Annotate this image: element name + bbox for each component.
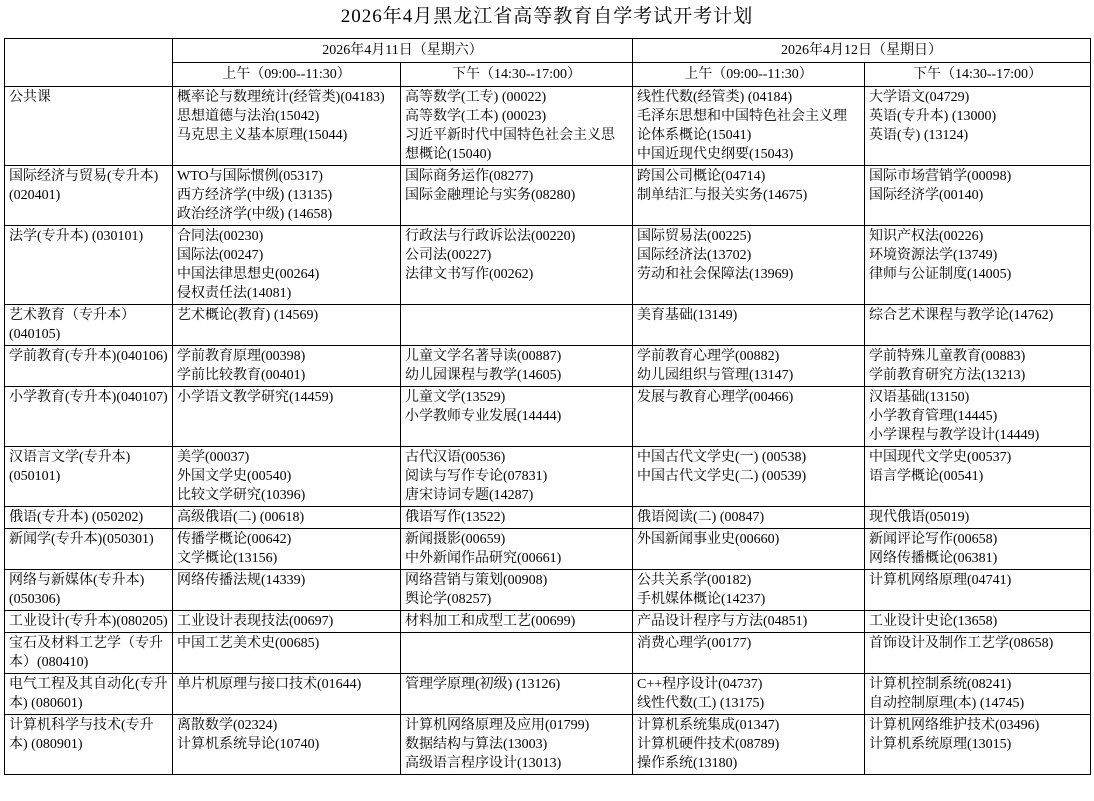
course-item: 自动控制原理(本) (14745): [869, 694, 1086, 713]
table-row: 公共课概率论与数理统计(经管类)(04183)思想道德与法治(15042)马克思…: [5, 87, 1091, 166]
session-header-sun-pm: 下午（14:30--17:00）: [865, 63, 1091, 87]
schedule-cell-sun_pm: 新闻评论写作(00658)网络传播概论(06381): [865, 529, 1091, 570]
course-item: 离散数学(02324): [177, 716, 396, 735]
schedule-body: 公共课概率论与数理统计(经管类)(04183)思想道德与法治(15042)马克思…: [5, 87, 1091, 775]
schedule-cell-sun_pm: 中国现代文学史(00537)语言学概论(00541): [865, 447, 1091, 507]
schedule-cell-sun_pm: 知识产权法(00226)环境资源法学(13749)律师与公证制度(14005): [865, 226, 1091, 305]
course-item: 高级语言程序设计(13013): [405, 754, 628, 773]
course-item: 儿童文学(13529): [405, 388, 628, 407]
corner-cell: [5, 39, 173, 87]
schedule-cell-sat_pm: 国际商务运作(08277)国际金融理论与实务(08280): [401, 166, 633, 226]
course-item: 网络营销与策划(00908): [405, 571, 628, 590]
day-header-saturday: 2026年4月11日（星期六）: [173, 39, 633, 63]
course-item: 国际法(00247): [177, 246, 396, 265]
course-item: 马克思主义基本原理(15044): [177, 126, 396, 145]
schedule-cell-sat_am: 工业设计表现技法(00697): [173, 611, 401, 633]
course-item: 中外新闻作品研究(00661): [405, 549, 628, 568]
schedule-cell-sun_am: 发展与教育心理学(00466): [633, 387, 865, 447]
table-row: 宝石及材料工艺学（专升本）(080410)中国工艺美术史(00685)消费心理学…: [5, 633, 1091, 674]
course-item: 环境资源法学(13749): [869, 246, 1086, 265]
course-item: 工业设计史论(13658): [869, 612, 1086, 631]
schedule-cell-sun_am: C++程序设计(04737)线性代数(工) (13175): [633, 674, 865, 715]
page-title: 2026年4月黑龙江省高等教育自学考试开考计划: [0, 0, 1094, 38]
course-item: 线性代数(经管类) (04184): [637, 88, 860, 107]
course-item: 国际经济法(13702): [637, 246, 860, 265]
schedule-cell-sun_pm: 汉语基础(13150)小学教育管理(14445)小学课程与教学设计(14449): [865, 387, 1091, 447]
course-item: 国际金融理论与实务(08280): [405, 186, 628, 205]
course-item: 传播学概论(00642): [177, 530, 396, 549]
course-item: 制单结汇与报关实务(14675): [637, 186, 860, 205]
major-cell: 法学(专升本) (030101): [5, 226, 173, 305]
course-item: 管理学原理(初级) (13126): [405, 675, 628, 694]
course-item: 习近平新时代中国特色社会主义思想概论(15040): [405, 126, 628, 164]
schedule-cell-sat_am: 高级俄语(二) (00618): [173, 507, 401, 529]
course-item: 文学概论(13156): [177, 549, 396, 568]
course-item: 俄语阅读(二) (00847): [637, 508, 860, 527]
course-item: 公共关系学(00182): [637, 571, 860, 590]
course-item: 综合艺术课程与教学论(14762): [869, 306, 1086, 325]
course-item: 计算机网络维护技术(03496): [869, 716, 1086, 735]
course-item: 中国古代文学史(一) (00538): [637, 448, 860, 467]
course-item: 计算机硬件技术(08789): [637, 735, 860, 754]
table-row: 法学(专升本) (030101)合同法(00230)国际法(00247)中国法律…: [5, 226, 1091, 305]
course-item: 跨国公司概论(04714): [637, 167, 860, 186]
course-item: 计算机系统原理(13015): [869, 735, 1086, 754]
course-item: 学前教育原理(00398): [177, 347, 396, 366]
session-header-sat-am: 上午（09:00--11:30）: [173, 63, 401, 87]
course-item: 中国现代文学史(00537): [869, 448, 1086, 467]
major-cell: 宝石及材料工艺学（专升本）(080410): [5, 633, 173, 674]
course-item: 劳动和社会保障法(13969): [637, 265, 860, 284]
major-cell: 网络与新媒体(专升本)(050306): [5, 570, 173, 611]
schedule-cell-sun_pm: 大学语文(04729)英语(专升本) (13000)英语(专) (13124): [865, 87, 1091, 166]
schedule-cell-sat_am: 概率论与数理统计(经管类)(04183)思想道德与法治(15042)马克思主义基…: [173, 87, 401, 166]
course-item: 消费心理学(00177): [637, 634, 860, 653]
course-item: 小学语文教学研究(14459): [177, 388, 396, 407]
major-cell: 公共课: [5, 87, 173, 166]
course-item: 高级俄语(二) (00618): [177, 508, 396, 527]
course-item: 小学教师专业发展(14444): [405, 407, 628, 426]
schedule-cell-sun_am: 跨国公司概论(04714)制单结汇与报关实务(14675): [633, 166, 865, 226]
course-item: WTO与国际惯例(05317): [177, 167, 396, 186]
course-item: 中国近现代史纲要(15043): [637, 145, 860, 164]
schedule-cell-sun_pm: 学前特殊儿童教育(00883)学前教育研究方法(13213): [865, 346, 1091, 387]
course-item: 高等数学(工专) (00022): [405, 88, 628, 107]
course-item: 国际经济学(00140): [869, 186, 1086, 205]
schedule-cell-sun_pm: 国际市场营销学(00098)国际经济学(00140): [865, 166, 1091, 226]
course-item: 幼儿园组织与管理(13147): [637, 366, 860, 385]
course-item: 工业设计表现技法(00697): [177, 612, 396, 631]
course-item: 唐宋诗词专题(14287): [405, 486, 628, 505]
course-item: 古代汉语(00536): [405, 448, 628, 467]
major-cell: 学前教育(专升本)(040106): [5, 346, 173, 387]
course-item: 计算机控制系统(08241): [869, 675, 1086, 694]
course-item: 侵权责任法(14081): [177, 284, 396, 303]
schedule-cell-sat_am: 传播学概论(00642)文学概论(13156): [173, 529, 401, 570]
course-item: 手机媒体概论(14237): [637, 590, 860, 609]
course-item: 行政法与行政诉讼法(00220): [405, 227, 628, 246]
schedule-cell-sat_pm: 行政法与行政诉讼法(00220)公司法(00227)法律文书写作(00262): [401, 226, 633, 305]
session-header-sun-am: 上午（09:00--11:30）: [633, 63, 865, 87]
course-item: 大学语文(04729): [869, 88, 1086, 107]
major-cell: 电气工程及其自动化(专升本) (080601): [5, 674, 173, 715]
schedule-cell-sat_pm: 儿童文学(13529)小学教师专业发展(14444): [401, 387, 633, 447]
schedule-cell-sun_pm: 首饰设计及制作工艺学(08658): [865, 633, 1091, 674]
course-item: 合同法(00230): [177, 227, 396, 246]
course-item: 首饰设计及制作工艺学(08658): [869, 634, 1086, 653]
course-item: 中国法律思想史(00264): [177, 265, 396, 284]
course-item: 网络传播概论(06381): [869, 549, 1086, 568]
schedule-cell-sun_pm: 工业设计史论(13658): [865, 611, 1091, 633]
day-header-row: 2026年4月11日（星期六） 2026年4月12日（星期日）: [5, 39, 1091, 63]
schedule-cell-sat_pm: 高等数学(工专) (00022)高等数学(工本) (00023)习近平新时代中国…: [401, 87, 633, 166]
schedule-cell-sun_am: 产品设计程序与方法(04851): [633, 611, 865, 633]
table-row: 汉语言文学(专升本)(050101)美学(00037)外国文学史(00540)比…: [5, 447, 1091, 507]
course-item: 计算机网络原理(04741): [869, 571, 1086, 590]
course-item: 数据结构与算法(13003): [405, 735, 628, 754]
major-cell: 计算机科学与技术(专升本) (080901): [5, 715, 173, 775]
schedule-cell-sat_am: WTO与国际惯例(05317)西方经济学(中级) (13135)政治经济学(中级…: [173, 166, 401, 226]
schedule-cell-sun_am: 计算机系统集成(01347)计算机硬件技术(08789)操作系统(13180): [633, 715, 865, 775]
table-row: 学前教育(专升本)(040106)学前教育原理(00398)学前比较教育(004…: [5, 346, 1091, 387]
course-item: 美育基础(13149): [637, 306, 860, 325]
course-item: 单片机原理与接口技术(01644): [177, 675, 396, 694]
course-item: 中国工艺美术史(00685): [177, 634, 396, 653]
major-cell: 新闻学(专升本)(050301): [5, 529, 173, 570]
table-row: 新闻学(专升本)(050301)传播学概论(00642)文学概论(13156)新…: [5, 529, 1091, 570]
major-cell: 国际经济与贸易(专升本) (020401): [5, 166, 173, 226]
schedule-cell-sat_pm: 网络营销与策划(00908)舆论学(08257): [401, 570, 633, 611]
course-item: 俄语写作(13522): [405, 508, 628, 527]
course-item: 儿童文学名著导读(00887): [405, 347, 628, 366]
course-item: 学前比较教育(00401): [177, 366, 396, 385]
course-item: 高等数学(工本) (00023): [405, 107, 628, 126]
course-item: 新闻评论写作(00658): [869, 530, 1086, 549]
schedule-cell-sat_pm: [401, 633, 633, 674]
schedule-cell-sat_pm: 俄语写作(13522): [401, 507, 633, 529]
course-item: 汉语基础(13150): [869, 388, 1086, 407]
schedule-cell-sat_pm: 新闻摄影(00659)中外新闻作品研究(00661): [401, 529, 633, 570]
major-cell: 小学教育(专升本)(040107): [5, 387, 173, 447]
schedule-cell-sat_am: 单片机原理与接口技术(01644): [173, 674, 401, 715]
major-cell: 俄语(专升本) (050202): [5, 507, 173, 529]
course-item: 美学(00037): [177, 448, 396, 467]
day-header-sunday: 2026年4月12日（星期日）: [633, 39, 1091, 63]
schedule-cell-sun_am: 消费心理学(00177): [633, 633, 865, 674]
course-item: 思想道德与法治(15042): [177, 107, 396, 126]
schedule-cell-sun_am: 国际贸易法(00225)国际经济法(13702)劳动和社会保障法(13969): [633, 226, 865, 305]
session-header-sat-pm: 下午（14:30--17:00）: [401, 63, 633, 87]
course-item: 小学教育管理(14445): [869, 407, 1086, 426]
schedule-cell-sun_am: 学前教育心理学(00882)幼儿园组织与管理(13147): [633, 346, 865, 387]
schedule-cell-sun_pm: 现代俄语(05019): [865, 507, 1091, 529]
course-item: 计算机系统导论(10740): [177, 735, 396, 754]
schedule-cell-sat_pm: 计算机网络原理及应用(01799)数据结构与算法(13003)高级语言程序设计(…: [401, 715, 633, 775]
schedule-cell-sat_pm: 儿童文学名著导读(00887)幼儿园课程与教学(14605): [401, 346, 633, 387]
schedule-cell-sat_pm: 材料加工和成型工艺(00699): [401, 611, 633, 633]
table-row: 电气工程及其自动化(专升本) (080601)单片机原理与接口技术(01644)…: [5, 674, 1091, 715]
course-item: 国际贸易法(00225): [637, 227, 860, 246]
schedule-cell-sat_am: 中国工艺美术史(00685): [173, 633, 401, 674]
course-item: 幼儿园课程与教学(14605): [405, 366, 628, 385]
schedule-cell-sun_pm: 综合艺术课程与教学论(14762): [865, 305, 1091, 346]
course-item: 舆论学(08257): [405, 590, 628, 609]
course-item: 毛泽东思想和中国特色社会主义理论体系概论(15041): [637, 107, 860, 145]
course-item: 国际市场营销学(00098): [869, 167, 1086, 186]
course-item: 产品设计程序与方法(04851): [637, 612, 860, 631]
schedule-cell-sun_am: 线性代数(经管类) (04184)毛泽东思想和中国特色社会主义理论体系概论(15…: [633, 87, 865, 166]
schedule-cell-sat_am: 合同法(00230)国际法(00247)中国法律思想史(00264)侵权责任法(…: [173, 226, 401, 305]
table-row: 网络与新媒体(专升本)(050306)网络传播法规(14339)网络营销与策划(…: [5, 570, 1091, 611]
schedule-cell-sun_am: 外国新闻事业史(00660): [633, 529, 865, 570]
table-row: 计算机科学与技术(专升本) (080901)离散数学(02324)计算机系统导论…: [5, 715, 1091, 775]
table-row: 工业设计(专升本)(080205)工业设计表现技法(00697)材料加工和成型工…: [5, 611, 1091, 633]
course-item: 发展与教育心理学(00466): [637, 388, 860, 407]
course-item: 材料加工和成型工艺(00699): [405, 612, 628, 631]
course-item: 外国文学史(00540): [177, 467, 396, 486]
course-item: 学前教育心理学(00882): [637, 347, 860, 366]
course-item: 学前特殊儿童教育(00883): [869, 347, 1086, 366]
table-header: 2026年4月11日（星期六） 2026年4月12日（星期日） 上午（09:00…: [5, 39, 1091, 87]
table-row: 艺术教育（专升本）(040105)艺术概论(教育) (14569)美育基础(13…: [5, 305, 1091, 346]
exam-schedule-table: 2026年4月11日（星期六） 2026年4月12日（星期日） 上午（09:00…: [4, 38, 1091, 775]
schedule-cell-sat_pm: [401, 305, 633, 346]
schedule-cell-sat_am: 网络传播法规(14339): [173, 570, 401, 611]
course-item: 比较文学研究(10396): [177, 486, 396, 505]
course-item: 政治经济学(中级) (14658): [177, 205, 396, 224]
course-item: 公司法(00227): [405, 246, 628, 265]
course-item: 计算机网络原理及应用(01799): [405, 716, 628, 735]
schedule-cell-sat_pm: 古代汉语(00536)阅读与写作专论(07831)唐宋诗词专题(14287): [401, 447, 633, 507]
course-item: 小学课程与教学设计(14449): [869, 426, 1086, 445]
schedule-cell-sat_am: 艺术概论(教育) (14569): [173, 305, 401, 346]
major-cell: 艺术教育（专升本）(040105): [5, 305, 173, 346]
schedule-cell-sat_am: 学前教育原理(00398)学前比较教育(00401): [173, 346, 401, 387]
schedule-cell-sun_pm: 计算机网络原理(04741): [865, 570, 1091, 611]
schedule-cell-sun_am: 公共关系学(00182)手机媒体概论(14237): [633, 570, 865, 611]
schedule-cell-sun_am: 美育基础(13149): [633, 305, 865, 346]
course-item: 计算机系统集成(01347): [637, 716, 860, 735]
schedule-cell-sun_am: 中国古代文学史(一) (00538)中国古代文学史(二) (00539): [633, 447, 865, 507]
course-item: 概率论与数理统计(经管类)(04183): [177, 88, 396, 107]
table-row: 国际经济与贸易(专升本) (020401)WTO与国际惯例(05317)西方经济…: [5, 166, 1091, 226]
schedule-cell-sun_pm: 计算机网络维护技术(03496)计算机系统原理(13015): [865, 715, 1091, 775]
course-item: 外国新闻事业史(00660): [637, 530, 860, 549]
major-cell: 工业设计(专升本)(080205): [5, 611, 173, 633]
course-item: 阅读与写作专论(07831): [405, 467, 628, 486]
course-item: 操作系统(13180): [637, 754, 860, 773]
course-item: 英语(专) (13124): [869, 126, 1086, 145]
schedule-cell-sat_pm: 管理学原理(初级) (13126): [401, 674, 633, 715]
major-cell: 汉语言文学(专升本)(050101): [5, 447, 173, 507]
course-item: 学前教育研究方法(13213): [869, 366, 1086, 385]
course-item: 律师与公证制度(14005): [869, 265, 1086, 284]
course-item: 知识产权法(00226): [869, 227, 1086, 246]
course-item: 西方经济学(中级) (13135): [177, 186, 396, 205]
table-row: 小学教育(专升本)(040107)小学语文教学研究(14459)儿童文学(135…: [5, 387, 1091, 447]
schedule-cell-sat_am: 小学语文教学研究(14459): [173, 387, 401, 447]
table-row: 俄语(专升本) (050202)高级俄语(二) (00618)俄语写作(1352…: [5, 507, 1091, 529]
course-item: 现代俄语(05019): [869, 508, 1086, 527]
course-item: 艺术概论(教育) (14569): [177, 306, 396, 325]
course-item: 线性代数(工) (13175): [637, 694, 860, 713]
course-item: C++程序设计(04737): [637, 675, 860, 694]
course-item: 中国古代文学史(二) (00539): [637, 467, 860, 486]
schedule-cell-sun_pm: 计算机控制系统(08241)自动控制原理(本) (14745): [865, 674, 1091, 715]
course-item: 语言学概论(00541): [869, 467, 1086, 486]
schedule-cell-sat_am: 美学(00037)外国文学史(00540)比较文学研究(10396): [173, 447, 401, 507]
schedule-cell-sat_am: 离散数学(02324)计算机系统导论(10740): [173, 715, 401, 775]
course-item: 新闻摄影(00659): [405, 530, 628, 549]
schedule-cell-sun_am: 俄语阅读(二) (00847): [633, 507, 865, 529]
course-item: 英语(专升本) (13000): [869, 107, 1086, 126]
course-item: 网络传播法规(14339): [177, 571, 396, 590]
course-item: 法律文书写作(00262): [405, 265, 628, 284]
course-item: 国际商务运作(08277): [405, 167, 628, 186]
